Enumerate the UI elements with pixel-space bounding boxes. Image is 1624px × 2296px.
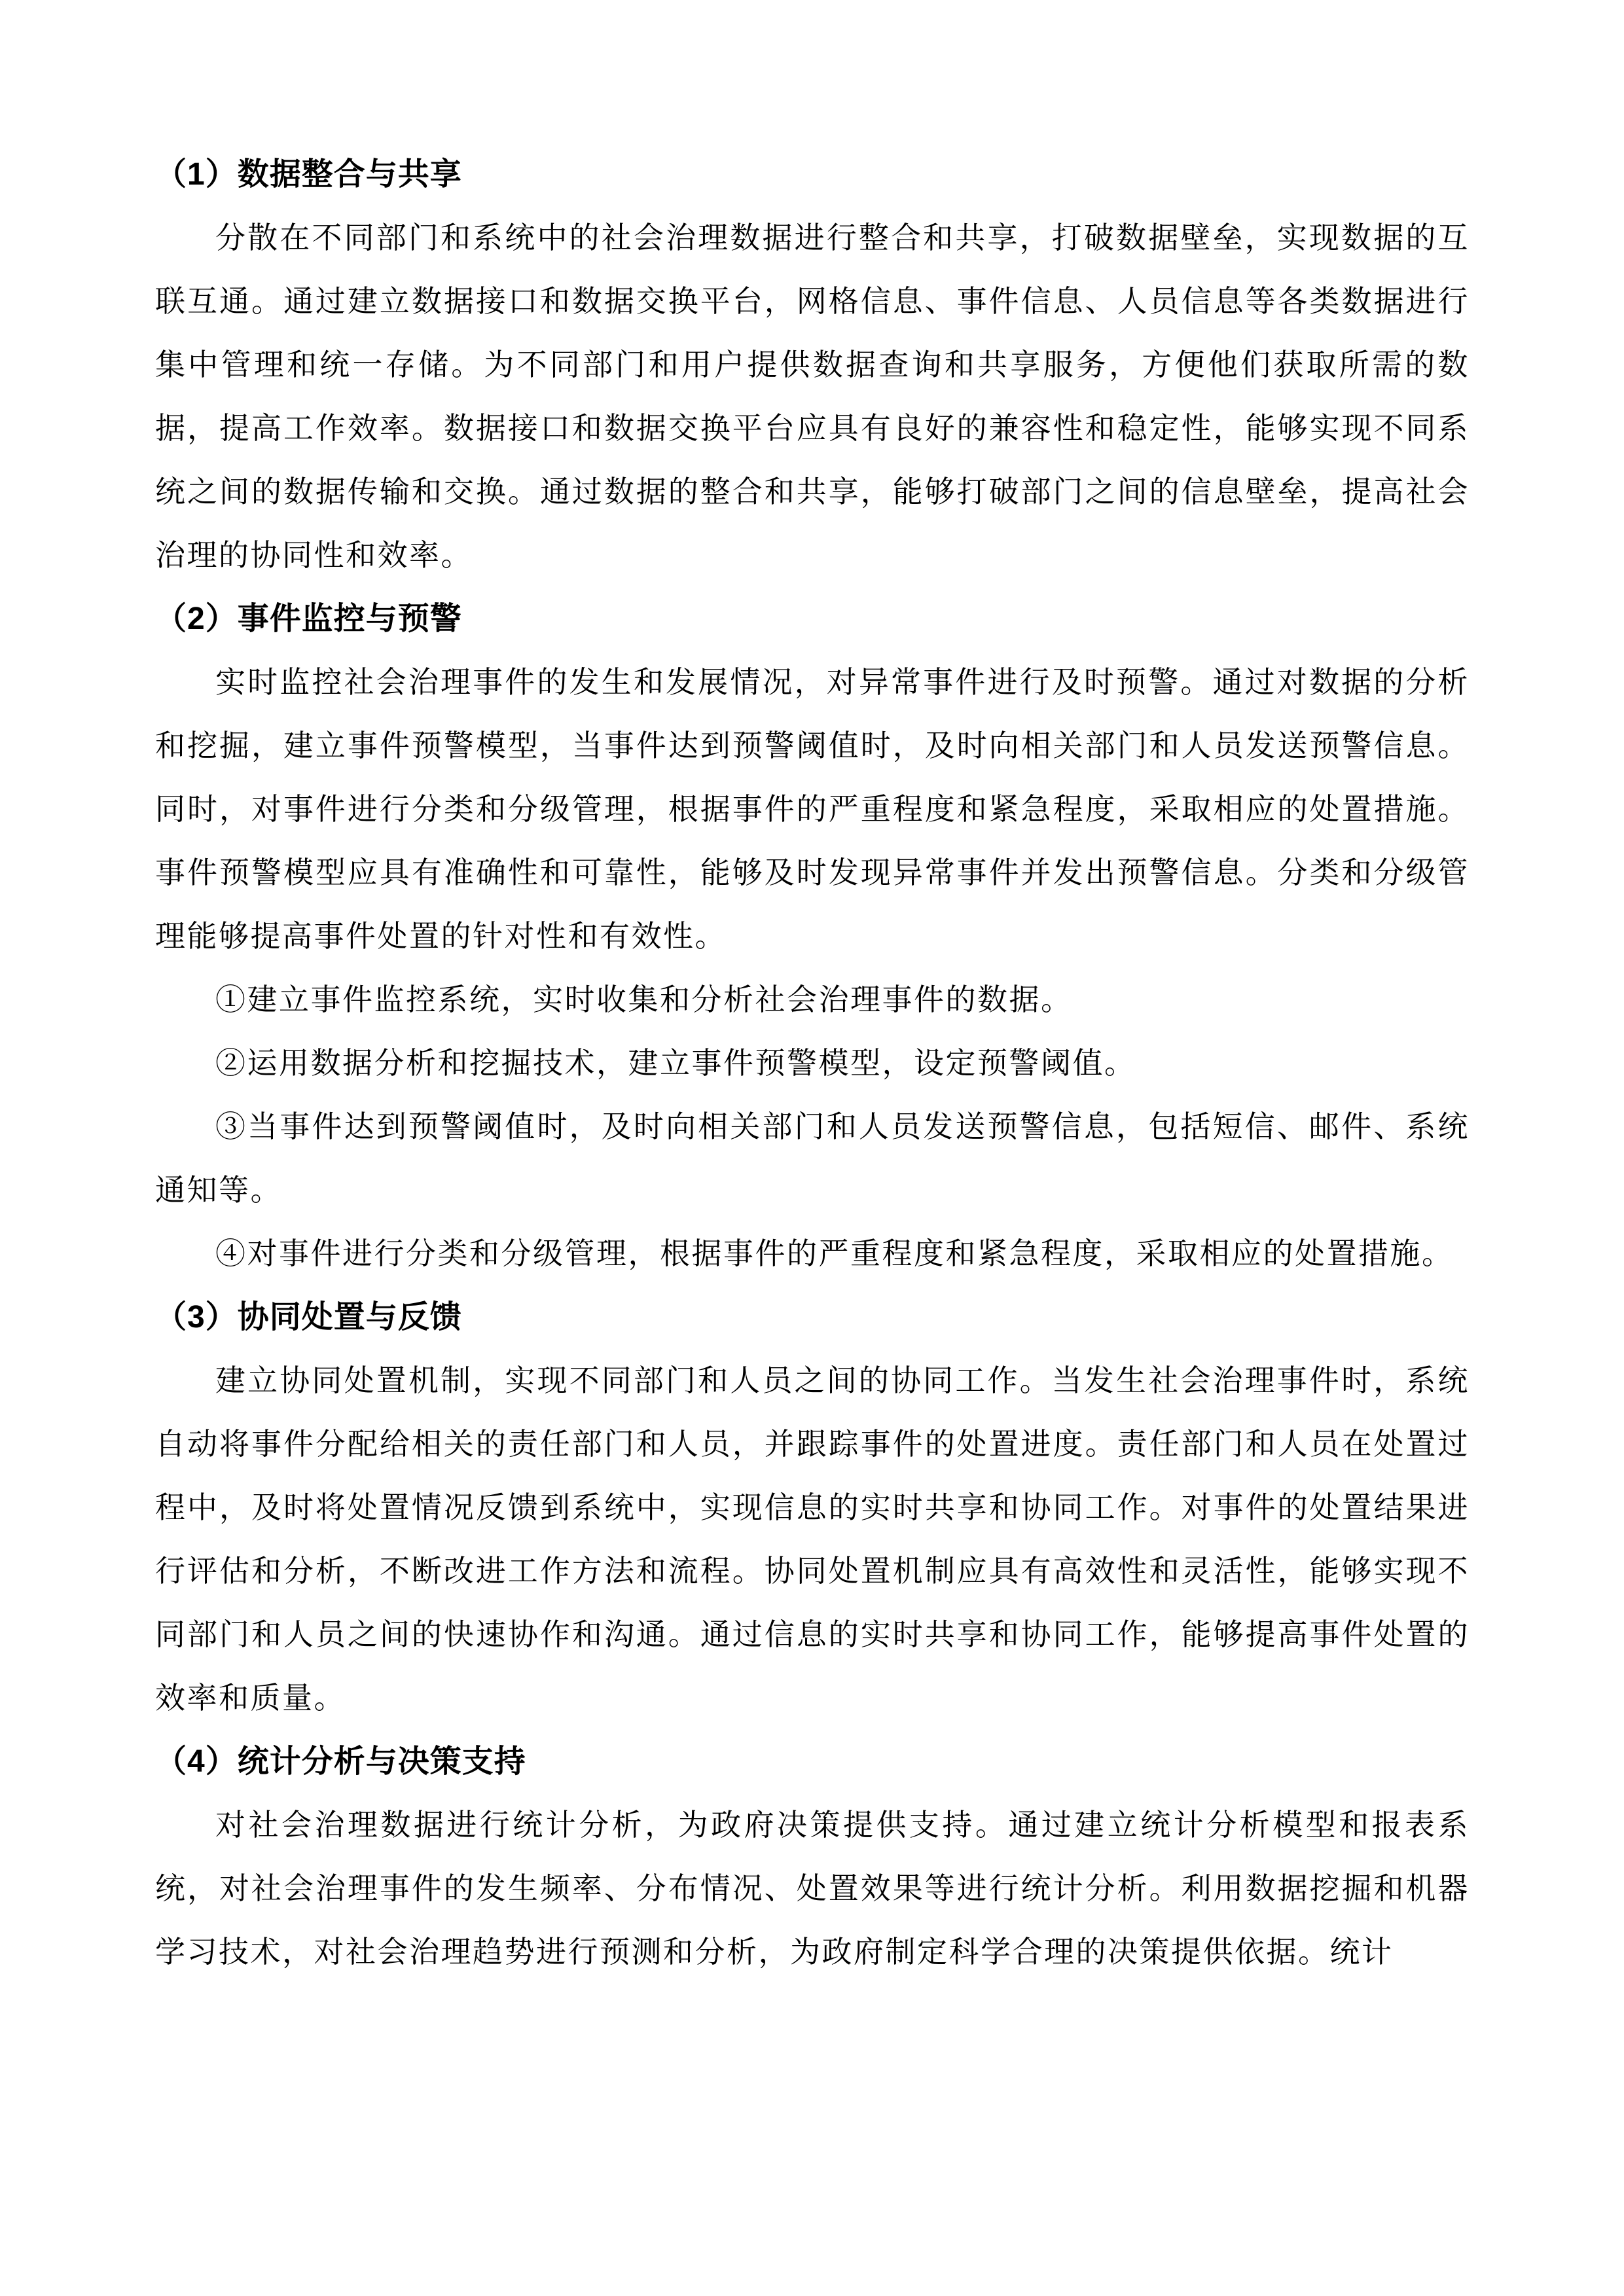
section-statistical-analysis: （4）统计分析与决策支持 对社会治理数据进行统计分析，为政府决策提供支持。通过建… bbox=[155, 1730, 1470, 1984]
section-data-integration: （1）数据整合与共享 分散在不同部门和系统中的社会治理数据进行整合和共享，打破数… bbox=[155, 143, 1470, 587]
list-item-2: ②运用数据分析和挖掘技术，建立事件预警模型，设定预警阈值。 bbox=[155, 1031, 1470, 1095]
list-item-3: ③当事件达到预警阈值时，及时向相关部门和人员发送预警信息，包括短信、邮件、系统通… bbox=[155, 1095, 1470, 1222]
section-event-monitoring: （2）事件监控与预警 实时监控社会治理事件的发生和发展情况，对异常事件进行及时预… bbox=[155, 587, 1470, 1285]
paragraph: 实时监控社会治理事件的发生和发展情况，对异常事件进行及时预警。通过对数据的分析和… bbox=[155, 651, 1470, 968]
section-heading-1: （1）数据整合与共享 bbox=[155, 143, 1470, 206]
section-heading-3: （3）协同处置与反馈 bbox=[155, 1285, 1470, 1349]
section-collaborative-handling: （3）协同处置与反馈 建立协同处置机制，实现不同部门和人员之间的协同工作。当发生… bbox=[155, 1285, 1470, 1730]
paragraph: 建立协同处置机制，实现不同部门和人员之间的协同工作。当发生社会治理事件时，系统自… bbox=[155, 1349, 1470, 1730]
section-heading-2: （2）事件监控与预警 bbox=[155, 587, 1470, 651]
paragraph: 分散在不同部门和系统中的社会治理数据进行整合和共享，打破数据壁垒，实现数据的互联… bbox=[155, 206, 1470, 587]
list-item-1: ①建立事件监控系统，实时收集和分析社会治理事件的数据。 bbox=[155, 968, 1470, 1031]
paragraph: 对社会治理数据进行统计分析，为政府决策提供支持。通过建立统计分析模型和报表系统，… bbox=[155, 1793, 1470, 1984]
document-page: （1）数据整合与共享 分散在不同部门和系统中的社会治理数据进行整合和共享，打破数… bbox=[0, 0, 1624, 2296]
section-heading-4: （4）统计分析与决策支持 bbox=[155, 1730, 1470, 1793]
list-item-4: ④对事件进行分类和分级管理，根据事件的严重程度和紧急程度，采取相应的处置措施。 bbox=[155, 1222, 1470, 1285]
